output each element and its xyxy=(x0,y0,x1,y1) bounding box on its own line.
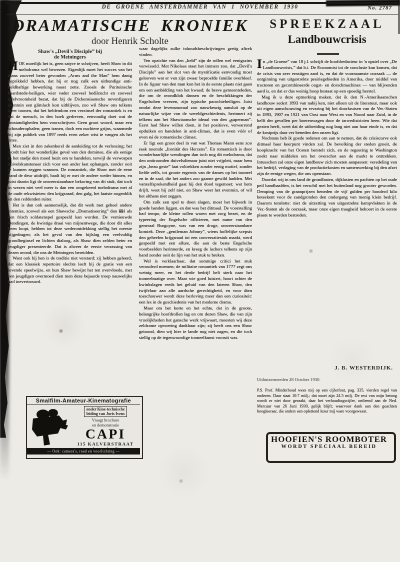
film-camera-icon xyxy=(27,405,71,448)
ad-capi-lead-line2: leiding van Joris Ivens xyxy=(86,412,124,417)
section-title: SPREEKZAAL xyxy=(256,17,398,32)
newspaper-page: DE GROENE AMSTERDAMMER VAN 1 NOVEMBER 19… xyxy=(0,0,400,562)
ink-specks xyxy=(0,0,2,2)
paragraph: Doordat wij in ons land de grondlasten, … xyxy=(257,177,397,218)
paragraph-group: Men ziet in den zakenkerel de aanleiding… xyxy=(8,144,132,286)
masthead: DE GROENE AMSTERDAMMER VAN 1 NOVEMBER 19… xyxy=(0,4,400,14)
postscript: P.S. Prof. Minderhoud wees mij op een ci… xyxy=(257,388,397,430)
ad-hoofien: HOOFIEN'S ROOMBOTER WORDT SPECIAAL BEREI… xyxy=(266,432,396,463)
postscript-text: P.S. Prof. Minderhoud wees mij op een ci… xyxy=(257,388,397,414)
ad-capi-lead: onder Kine-technische leiding van Joris … xyxy=(84,406,127,417)
paragraph: Nochtans heb ik goede redenen om aan te … xyxy=(257,136,397,177)
lead-text: OE moeilijk het is, geen satyre te schri… xyxy=(8,61,132,143)
lead-text: n „de Groene” van 18 j.l. schrijft de ho… xyxy=(257,59,397,93)
article-subheading: Shaw's „Devil's Disciple” bij de Meining… xyxy=(8,49,132,61)
paragraph-group: Mag ik u deze opmerking maken, dat ik de… xyxy=(257,94,397,218)
drop-cap: H xyxy=(8,61,19,72)
paragraph: Maar om het korte en het echte, dat in d… xyxy=(139,306,252,341)
dateline: Uithuizermeeden 28 October 1930. xyxy=(257,377,397,382)
ad-hoofien-line1: HOOFIEN'S ROOMBOTER xyxy=(268,435,390,444)
body-column-2: waar dagelijks zulke inhoudsbeschrijving… xyxy=(139,46,252,465)
article-title: DRAMATISCHE KRONIEK xyxy=(8,16,252,36)
paragraph-group: waar dagelijks zulke inhoudsbeschrijving… xyxy=(139,46,252,341)
paragraph: Wel is verklaarbaar, dat sommige critici… xyxy=(139,258,252,305)
body-column-right: In „de Groene” van 18 j.l. schrijft de h… xyxy=(257,59,397,357)
signature: J. B. WESTERDIJK. xyxy=(325,365,393,371)
body-column-1: HOE moeilijk het is, geen satyre te schr… xyxy=(8,61,132,392)
paragraph: Men ziet in den zakenkerel de aanleiding… xyxy=(8,144,132,203)
section-subtitle: Landbouwcrisis xyxy=(256,34,398,46)
masthead-bottom-rule xyxy=(6,14,398,15)
section-divider xyxy=(317,53,339,55)
ad-hoofien-line2: WORDT SPECIAAL BEREID xyxy=(268,444,390,450)
paragraph: Mag ik u deze opmerking maken, dat ik de… xyxy=(257,94,397,135)
paragraph: Om zulk een spel te doen slagen, moet he… xyxy=(139,199,252,258)
ad-capi: Smalfilm-Amateur-Kinematografie xyxy=(26,396,143,459)
paragraph: Want ook bij hen is de traditie niet ver… xyxy=(8,256,132,285)
paragraph: Het is dan ook aannemelijk, dat dit werk… xyxy=(8,203,132,256)
ad-capi-header: Smalfilm-Amateur-Kinematografie xyxy=(27,397,140,405)
paragraph: waar dagelijks zulke inhoudsbeschrijving… xyxy=(139,46,252,58)
issue-number: No. 2787 xyxy=(368,5,392,11)
masthead-title: DE GROENE AMSTERDAMMER VAN 1 NOVEMBER 19… xyxy=(0,4,400,10)
paragraph: Ten opzichte van den „held” zijn de roll… xyxy=(139,58,252,141)
paragraph: Er ligt een groot deel in van wat Thomas… xyxy=(139,140,252,199)
lead-paragraph: HOE moeilijk het is, geen satyre te schr… xyxy=(8,61,132,144)
subheading-line2: de Meiningers xyxy=(8,55,132,61)
ad-capi-brand: CAPI xyxy=(71,428,140,442)
lead-paragraph: In „de Groene” van 18 j.l. schrijft de h… xyxy=(257,59,397,94)
